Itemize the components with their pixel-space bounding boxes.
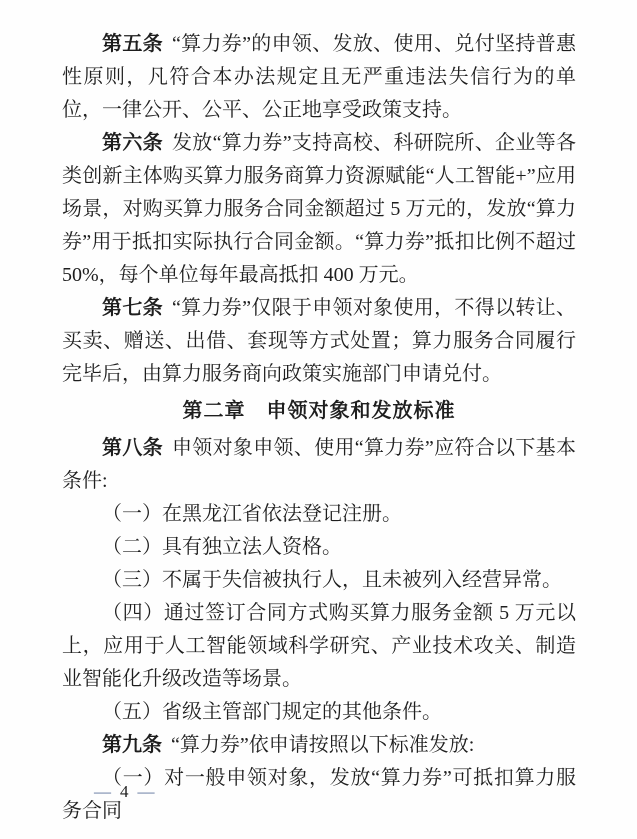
article-9-number: 第九条 — [102, 734, 162, 756]
article-6: 第六条发放“算力券”支持高校、科研院所、企业等各类创新主体购买算力服务商算力资源… — [62, 127, 576, 292]
article-5: 第五条“算力券”的申领、发放、使用、兑付坚持普惠性原则，凡符合本办法规定且无严重… — [62, 28, 576, 127]
document-body: 第五条“算力券”的申领、发放、使用、兑付坚持普惠性原则，凡符合本办法规定且无严重… — [62, 28, 576, 828]
chapter-2-heading: 第二章 申领对象和发放标准 — [62, 395, 576, 428]
article-7-number: 第七条 — [102, 297, 163, 319]
article-5-number: 第五条 — [102, 33, 163, 55]
condition-item-4: （四）通过签订合同方式购买算力服务金额 5 万元以上，应用于人工智能领域科学研究… — [62, 602, 576, 690]
article-9: 第九条“算力券”依申请按照以下标准发放: — [62, 729, 576, 762]
article-9-text: “算力券”依申请按照以下标准发放: — [171, 734, 474, 756]
article-7: 第七条“算力券”仅限于申领对象使用，不得以转让、买卖、赠送、出借、套现等方式处置… — [62, 292, 576, 391]
page-footer: —4— — [94, 782, 155, 802]
footer-dash-right: — — [138, 782, 155, 801]
condition-item-2: （二）具有独立法人资格。 — [102, 536, 342, 558]
list-item: （四）通过签订合同方式购买算力服务金额 5 万元以上，应用于人工智能领域科学研究… — [62, 597, 576, 696]
list-item: （二）具有独立法人资格。 — [62, 531, 576, 564]
condition-item-1: （一）在黑龙江省依法登记注册。 — [102, 503, 402, 525]
article-8-number: 第八条 — [102, 437, 163, 459]
footer-dash-left: — — [94, 782, 111, 801]
article-6-text: 发放“算力券”支持高校、科研院所、企业等各类创新主体购买算力服务商算力资源赋能“… — [62, 132, 576, 286]
page-number: 4 — [120, 782, 129, 801]
list-item: （一）在黑龙江省依法登记注册。 — [62, 498, 576, 531]
article-8: 第八条申领对象申领、使用“算力券”应符合以下基本条件: — [62, 432, 576, 498]
list-item: （三）不属于失信被执行人，且未被列入经营异常。 — [62, 564, 576, 597]
article-6-number: 第六条 — [102, 132, 163, 154]
condition-item-3: （三）不属于失信被执行人，且未被列入经营异常。 — [102, 569, 562, 591]
condition-item-5: （五）省级主管部门规定的其他条件。 — [102, 701, 442, 723]
document-page: 第五条“算力券”的申领、发放、使用、兑付坚持普惠性原则，凡符合本办法规定且无严重… — [0, 0, 637, 839]
list-item: （五）省级主管部门规定的其他条件。 — [62, 696, 576, 729]
